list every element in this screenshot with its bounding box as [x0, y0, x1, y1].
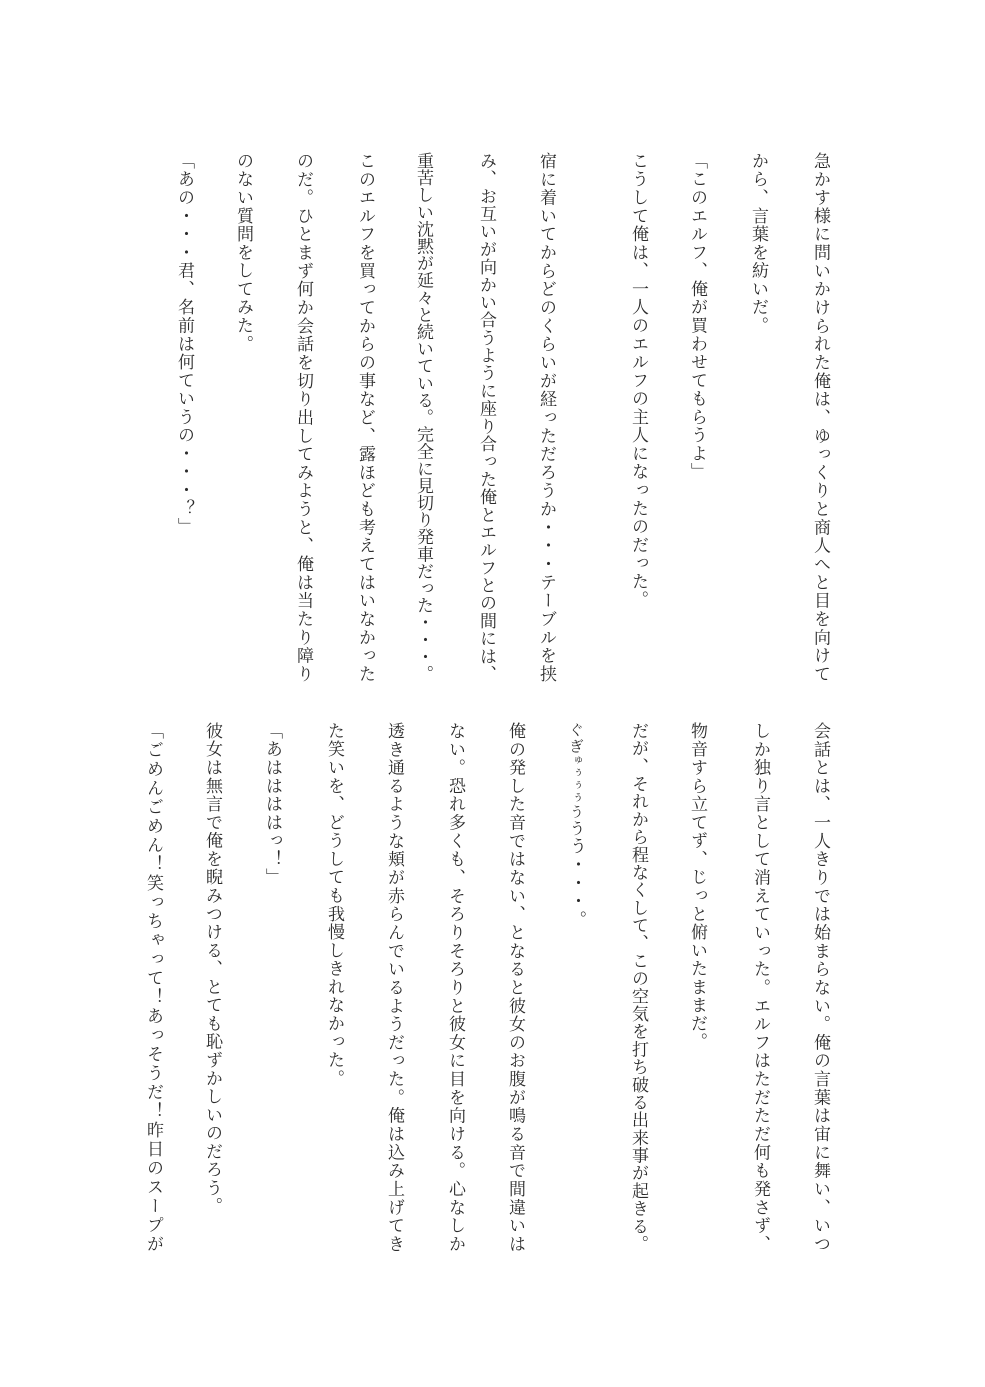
sfx-glyph: ぅ — [570, 779, 583, 791]
sfx-glyph: ぐ — [567, 722, 585, 738]
dialogue-column: 「ごめんごめん！笑っちゃって！あっそうだ！昨日のスープが — [144, 722, 162, 1252]
text-column: 透き通るような頬が赤らんでいるようだった。俺は込み上げてき — [385, 722, 403, 1252]
text-column: 俺の発した音ではない、となると彼女のお腹が鳴る音で間違いは — [506, 722, 524, 1252]
sfx-glyph: ゅ — [570, 755, 583, 767]
text-column: しか独り言として消えていった。エルフはただただ何も発さず、 — [751, 722, 769, 1252]
text-column: た笑いを、どうしても我慢しきれなかった。 — [325, 722, 343, 1254]
sfx-glyph: ぅ — [569, 791, 583, 804]
document-page: 急かす様に問いかけられた俺は、ゆっくりと商人へと目を向けて から、言葉を紡いだ。… — [0, 0, 985, 1387]
lower-text-block: 会話とは、一人きりでは始まらない。俺の言葉は宙に舞い、いつ しか独り言として消え… — [0, 0, 985, 1387]
text-column: 物音すら立てず、じっと俯いたままだ。 — [688, 722, 706, 1254]
sfx-glyph: う — [568, 805, 584, 820]
text-column: ない。恐れ多くも、そろりそろりと彼女に目を向ける。心なしか — [446, 722, 464, 1252]
dialogue-column: 「あははははっ！」 — [263, 722, 281, 1254]
text-column: だが、それから程なくして、この空気を打ち破る出来事が起きる。 — [629, 722, 647, 1252]
sfx-glyph: ぅ — [570, 767, 583, 779]
sound-effect-column: ぐぎゅぅぅぅううう・・・。 — [567, 722, 585, 1254]
sfx-glyph: う — [567, 820, 586, 837]
text-column: 会話とは、一人きりでは始まらない。俺の言葉は宙に舞い、いつ — [811, 722, 829, 1252]
sfx-glyph: う — [566, 837, 586, 855]
text-column: 彼女は無言で俺を睨みつける、とても恥ずかしいのだろう。 — [203, 722, 221, 1254]
sfx-ellipsis: ・・・。 — [566, 856, 586, 929]
sfx-glyph: ぎ — [567, 738, 585, 754]
